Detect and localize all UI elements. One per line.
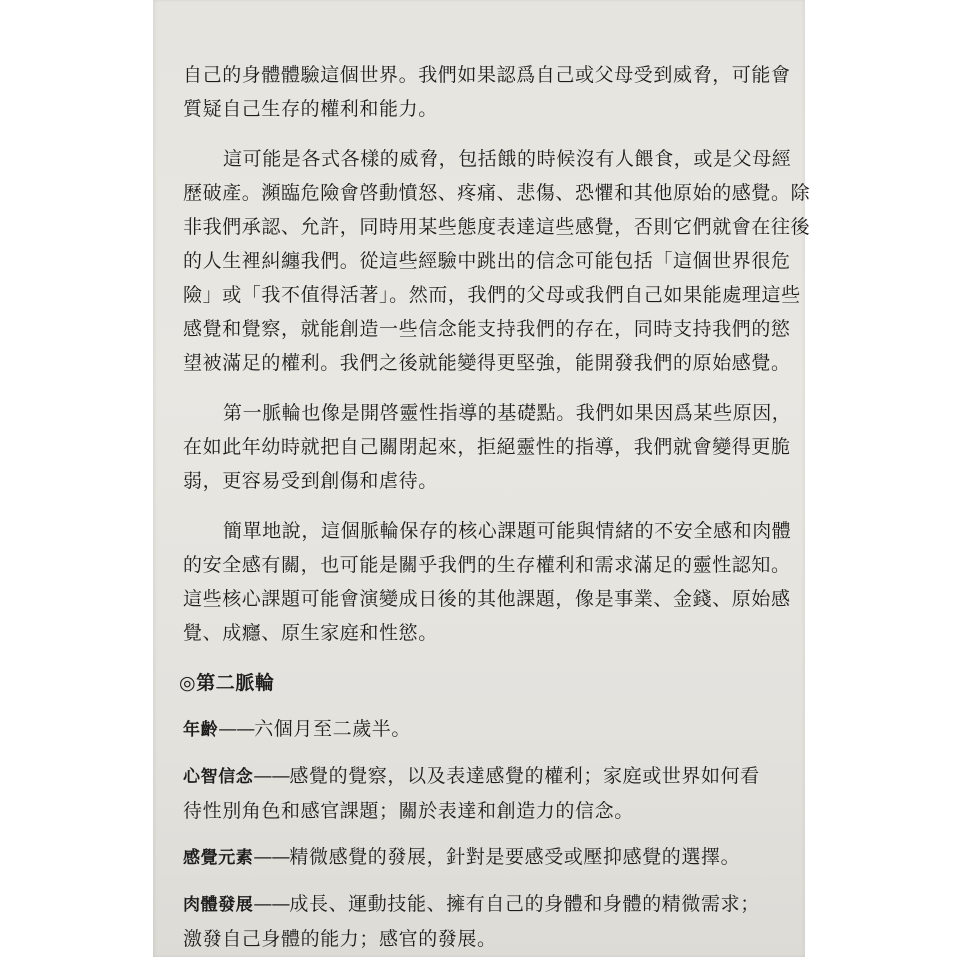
text-line: 第一脈輪也像是開啓靈性指導的基礎點。我們如果因爲某些原因，	[183, 396, 763, 430]
em-dash: ——	[253, 893, 289, 915]
text-line: 的安全感有關，也可能是關乎我們的生存權利和需求滿足的靈性認知。	[183, 548, 763, 582]
paragraph-3: 第一脈輪也像是開啓靈性指導的基礎點。我們如果因爲某些原因， 在如此年幼時就把自己…	[183, 396, 763, 498]
text-line: 感覺和覺察，就能創造一些信念能支持我們的存在，同時支持我們的慾	[183, 312, 763, 346]
entry-physical-development: 肉體發展——成長、運動技能、擁有自己的身體和身體的精微需求； 激發自己身體的能力…	[183, 887, 763, 956]
text-line: 非我們承認、允許，同時用某些態度表達這些感覺，否則它們就會在往後	[183, 210, 763, 244]
entry-feeling-element: 感覺元素——精微感覺的發展，針對是要感受或壓抑感覺的選擇。	[183, 840, 763, 875]
page-text: 自己的身體體驗這個世界。我們如果認爲自己或父母受到威脅，可能會 質疑自己生存的權…	[183, 58, 763, 960]
entry-text: 激發自己身體的能力；感官的發展。	[183, 922, 763, 956]
text-line: 望被滿足的權利。我們之後就能變得更堅強，能開發我們的原始感覺。	[183, 346, 763, 380]
text-line: 這可能是各式各樣的威脅，包括餓的時候沒有人餵食，或是父母經	[183, 142, 763, 176]
entry-text: 精微感覺的發展，針對是要感受或壓抑感覺的選擇。	[289, 846, 740, 868]
text-line: 質疑自己生存的權利和能力。	[183, 92, 763, 126]
bullseye-icon: ◎	[179, 672, 196, 694]
entry-mental-belief: 心智信念——感覺的覺察，以及表達感覺的權利；家庭或世界如何看 待性別角色和感官課…	[183, 759, 763, 828]
text-line: 在如此年幼時就把自己關閉起來，拒絕靈性的指導，我們就會變得更脆	[183, 430, 763, 464]
text-line: 歷破產。瀕臨危險會啓動憤怒、疼痛、悲傷、恐懼和其他原始的感覺。除	[183, 176, 763, 210]
book-page: 自己的身體體驗這個世界。我們如果認爲自己或父母受到威脅，可能會 質疑自己生存的權…	[153, 0, 805, 957]
em-dash: ——	[218, 718, 254, 740]
entry-text: 成長、運動技能、擁有自己的身體和身體的精微需求；	[289, 893, 759, 915]
text-line: 險」或「我不值得活著」。然而，我們的父母或我們自己如果能處理這些	[183, 278, 763, 312]
em-dash: ——	[253, 846, 289, 868]
text-line: 覺、成癮、原生家庭和性慾。	[183, 616, 763, 650]
section-heading: ◎第二脈輪	[179, 666, 763, 700]
entry-text: 感覺的覺察，以及表達感覺的權利；家庭或世界如何看	[289, 765, 759, 787]
paragraph-2: 這可能是各式各樣的威脅，包括餓的時候沒有人餵食，或是父母經 歷破產。瀕臨危險會啓…	[183, 142, 763, 380]
text-line: 的人生裡糾纏我們。從這些經驗中跳出的信念可能包括「這個世界很危	[183, 244, 763, 278]
entry-age: 年齡——六個月至二歲半。	[183, 712, 763, 747]
text-line: 簡單地說，這個脈輪保存的核心課題可能與情緒的不安全感和肉體	[183, 514, 763, 548]
entry-term: 感覺元素	[183, 848, 253, 868]
entry-term: 心智信念	[183, 767, 253, 787]
entry-term: 年齡	[183, 720, 218, 740]
section-title: 第二脈輪	[196, 672, 274, 694]
paragraph-4: 簡單地說，這個脈輪保存的核心課題可能與情緒的不安全感和肉體 的安全感有關，也可能…	[183, 514, 763, 650]
entry-term: 肉體發展	[183, 895, 253, 915]
paragraph-1: 自己的身體體驗這個世界。我們如果認爲自己或父母受到威脅，可能會 質疑自己生存的權…	[183, 58, 763, 126]
text-line: 弱，更容易受到創傷和虐待。	[183, 464, 763, 498]
text-line: 自己的身體體驗這個世界。我們如果認爲自己或父母受到威脅，可能會	[183, 58, 763, 92]
entry-text: 六個月至二歲半。	[254, 718, 411, 740]
text-line: 這些核心課題可能會演變成日後的其他課題，像是事業、金錢、原始感	[183, 582, 763, 616]
entry-text: 待性別角色和感官課題；關於表達和創造力的信念。	[183, 794, 763, 828]
em-dash: ——	[253, 765, 289, 787]
